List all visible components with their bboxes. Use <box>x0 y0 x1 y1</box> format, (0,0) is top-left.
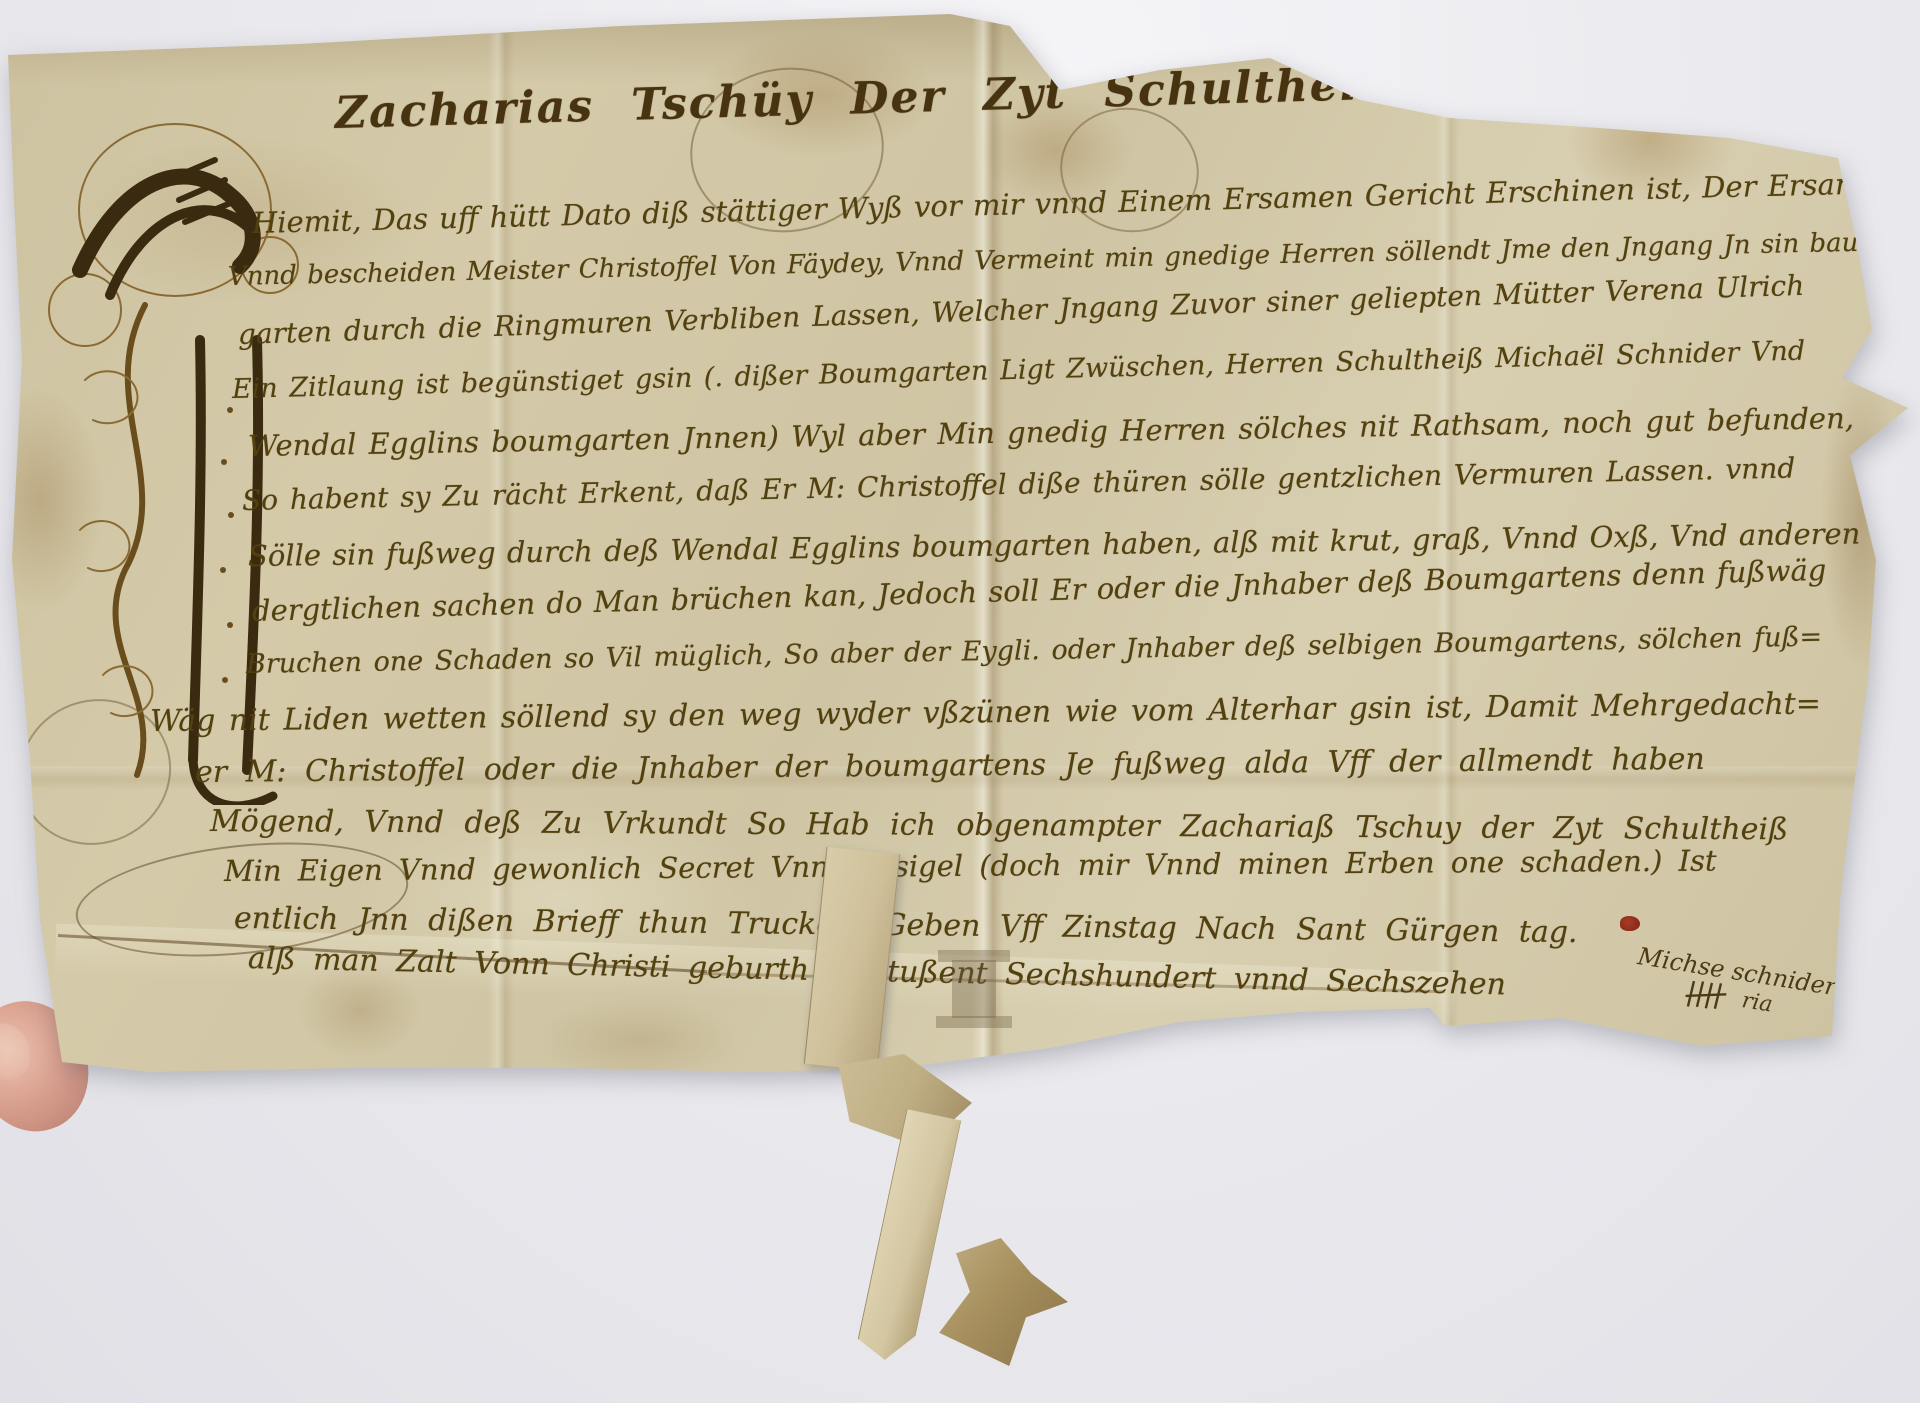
seal-slit-mark-bottom <box>936 1016 1012 1028</box>
seal-slit-mark-shaft <box>952 960 996 1018</box>
parchment-wrap: Zacharias Tschüy Der Zyt Schultheis Zuo … <box>0 0 1920 1403</box>
wax-spot <box>1620 916 1640 931</box>
photo-background: Zacharias Tschüy Der Zyt Schultheis Zuo … <box>0 0 1920 1403</box>
parchment-charter: Zacharias Tschüy Der Zyt Schultheis Zuo … <box>0 0 1920 1403</box>
notary-note-line2: ria <box>1740 988 1774 1017</box>
seal-slit-mark <box>938 950 1012 1028</box>
